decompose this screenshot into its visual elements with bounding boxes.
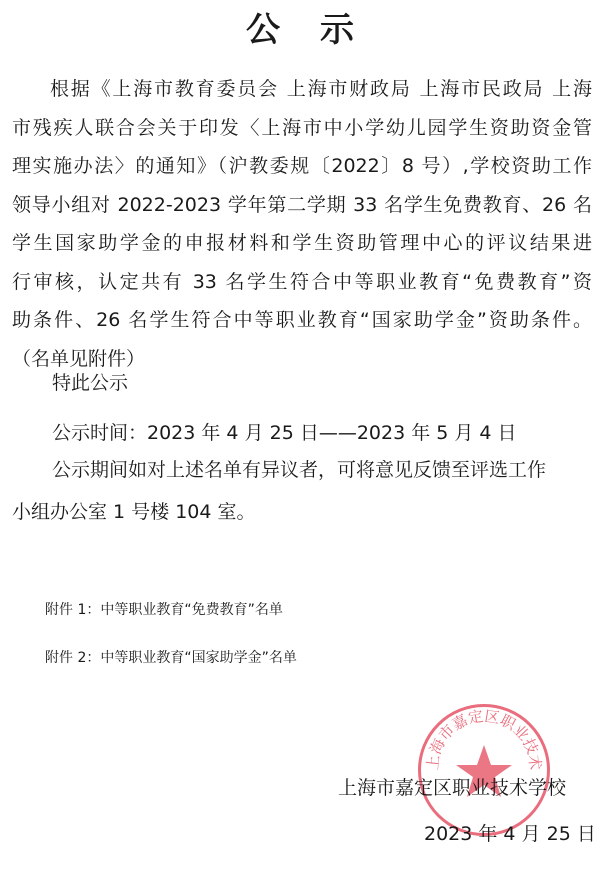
body-line: 市残疾人联合会关于印发〈上海市中小学幼儿园学生资助资金管	[12, 109, 592, 148]
body-line: 学生国家助学金的申报材料和学生资助管理中心的评议结果进	[12, 224, 592, 263]
official-seal: 上海市嘉定区职业技术学校	[418, 704, 550, 836]
attachment-1: 附件 1：中等职业教育“免费教育”名单	[45, 600, 283, 620]
star-icon: 上海市嘉定区职业技术学校	[421, 707, 547, 833]
body-line: 助条件、26 名学生符合中等职业教育“国家助学金”资助条件。	[12, 301, 592, 340]
objection-text-line2: 小组办公室 1 号楼 104 室。	[12, 500, 256, 524]
body-paragraph: 根据《上海市教育委员会 上海市财政局 上海市民政局 上海 市残疾人联合会关于印发…	[12, 70, 592, 378]
closing-text: 特此公示	[52, 371, 128, 395]
signature-organization: 上海市嘉定区职业技术学校	[338, 776, 566, 800]
objection-text-line1: 公示期间如对上述名单有异议者，可将意见反馈至评选工作	[52, 458, 546, 482]
attachment-2: 附件 2：中等职业教育“国家助学金”名单	[45, 648, 297, 668]
body-line: 行审核，认定共有 33 名学生符合中等职业教育“免费教育”资	[12, 263, 592, 302]
body-line: 领导小组对 2022-2023 学年第二学期 33 名学生免费教育、26 名	[12, 186, 592, 225]
signature-date: 2023 年 4 月 25 日	[424, 822, 596, 846]
body-line: 根据《上海市教育委员会 上海市财政局 上海市民政局 上海	[12, 70, 592, 109]
publicity-period: 公示时间：2023 年 4 月 25 日——2023 年 5 月 4 日	[52, 421, 517, 445]
body-line: 理实施办法〉的通知》（沪教委规〔2022〕8 号）,学校资助工作	[12, 147, 592, 186]
document-title: 公示	[0, 8, 600, 52]
